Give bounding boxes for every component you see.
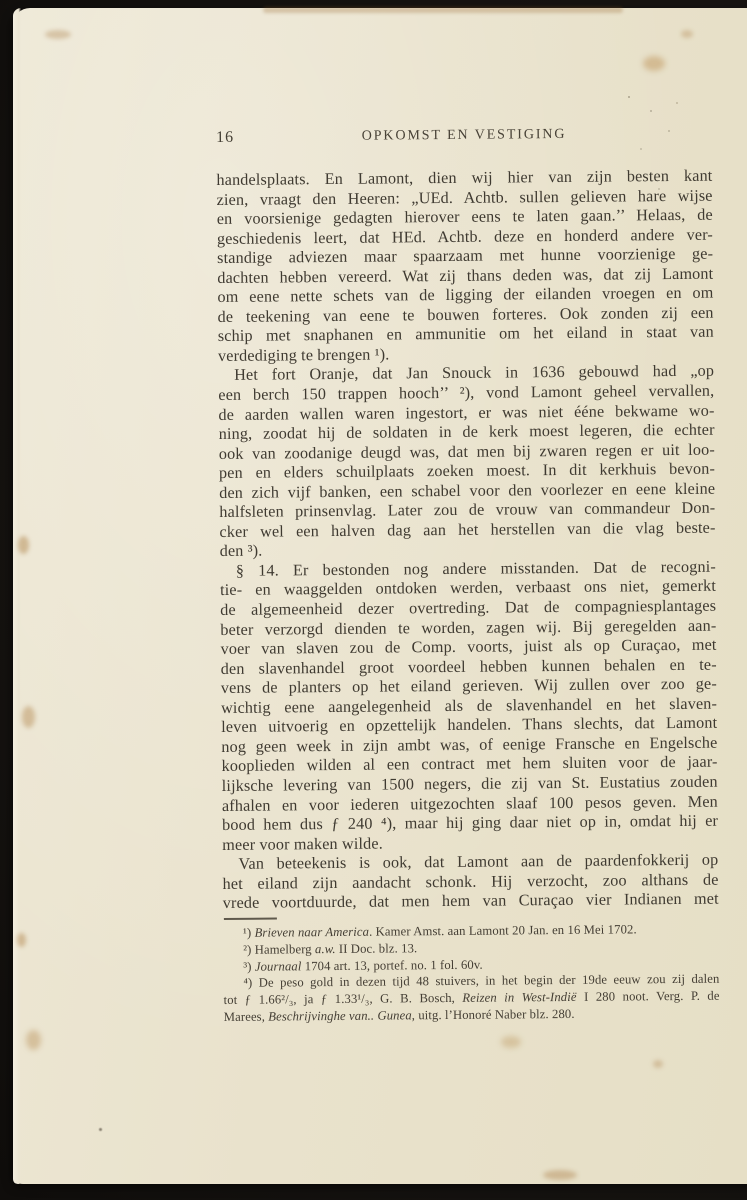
- paper-left-edge: [13, 8, 21, 1184]
- stain: [681, 30, 693, 38]
- stain: [99, 1128, 102, 1131]
- page-content: 16 OPKOMST EN VESTIGING handelsplaats. E…: [216, 125, 720, 1026]
- body-text: handelsplaats. En Lamont, dien wij hier …: [216, 167, 718, 914]
- stain: [263, 7, 623, 13]
- stain: [26, 1030, 41, 1050]
- stain: [501, 1036, 521, 1048]
- footnote-separator: [224, 917, 277, 919]
- page-header-row: 16 OPKOMST EN VESTIGING: [216, 125, 712, 147]
- paper-specks: [628, 96, 630, 98]
- page-number: 16: [216, 129, 234, 147]
- running-header: OPKOMST EN VESTIGING: [216, 125, 712, 147]
- stain: [22, 706, 35, 728]
- stain: [45, 30, 71, 39]
- book-page: 16 OPKOMST EN VESTIGING handelsplaats. E…: [13, 8, 747, 1184]
- footnote-line: Marees, Beschrijvinghe van.. Gunea, uitg…: [224, 1005, 720, 1026]
- stain: [543, 1170, 577, 1180]
- body-line: vrede voortduurde, dat men hem van Curaç…: [223, 890, 719, 914]
- stain: [653, 1060, 663, 1068]
- footnotes: ¹) Brieven naar America. Kamer Amst. aan…: [223, 920, 720, 1026]
- stain: [643, 56, 665, 71]
